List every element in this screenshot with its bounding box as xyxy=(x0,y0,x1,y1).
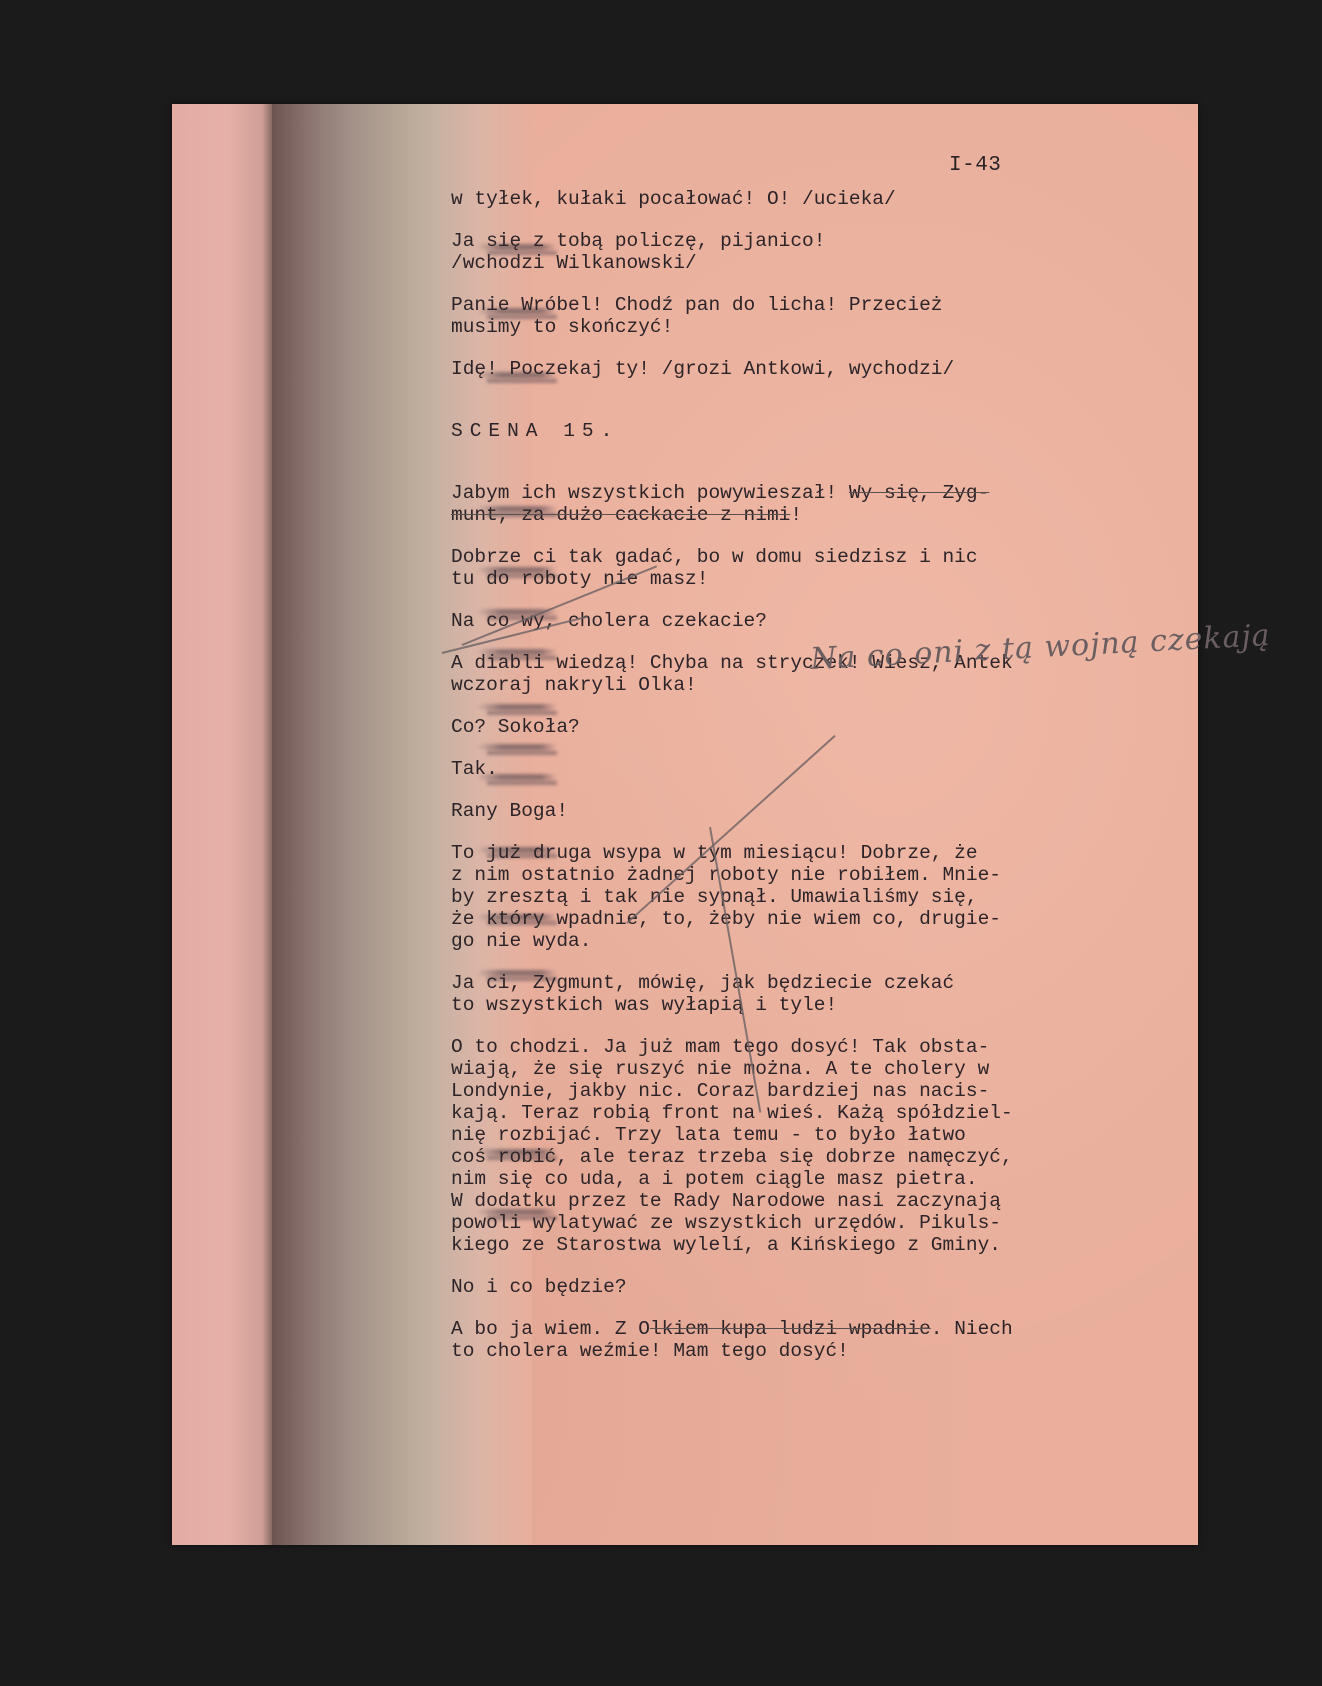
line-gap xyxy=(451,338,1171,358)
line-text: to cholera weźmie! Mam tego dosyć! xyxy=(451,1340,849,1362)
line-text: Idę! Poczekaj ty! /grozi Antkowi, wychod… xyxy=(451,358,954,380)
dialogue-line: To już druga wsypa w tym miesiącu! Dobrz… xyxy=(451,842,1171,864)
line-gap xyxy=(451,526,1171,546)
line-gap xyxy=(451,462,1171,482)
line-gap xyxy=(451,1298,1171,1318)
line-gap xyxy=(451,590,1171,610)
dialogue-line: A bo ja wiem. Z Olkiem kupa ludzi wpadni… xyxy=(451,1318,1171,1340)
page-number: I-43 xyxy=(949,154,1001,177)
dialogue-line: Ja się z tobą policzę, pijanico! xyxy=(451,230,1171,252)
dialogue-line: O to chodzi. Ja już mam tego dosyć! Tak … xyxy=(451,1036,1171,1058)
line-text: nim się co uda, a i potem ciągle masz pi… xyxy=(451,1168,978,1190)
line-text: go nie wyda. xyxy=(451,930,591,952)
line-text: No i co będzie? xyxy=(451,1276,627,1298)
dialogue-line: tu do roboty nie masz! xyxy=(451,568,1171,590)
dialogue-line: munt, za dużo cackacie z nimi! xyxy=(451,504,1171,526)
line-text: powoli wylatywać ze wszystkich urzędów. … xyxy=(451,1212,1001,1234)
line-gap xyxy=(451,210,1171,230)
line-text: Dobrze ci tak gadać, bo w domu siedzisz … xyxy=(451,546,978,568)
line-gap xyxy=(451,780,1171,800)
dialogue-line: nię rozbijać. Trzy lata temu - to było ł… xyxy=(451,1124,1171,1146)
line-text: SCENA 15. xyxy=(451,420,619,442)
line-text: Londynie, jakby nic. Coraz bardziej nas … xyxy=(451,1080,989,1102)
line-gap xyxy=(451,380,1171,400)
line-text: Tak. xyxy=(451,758,498,780)
dialogue-line: powoli wylatywać ze wszystkich urzędów. … xyxy=(451,1212,1171,1234)
dialogue-line: Tak. xyxy=(451,758,1171,780)
dialogue-line: Rany Boga! xyxy=(451,800,1171,822)
dialogue-line: kają. Teraz robią front na wieś. Każą sp… xyxy=(451,1102,1171,1124)
line-text: tu do roboty nie masz! xyxy=(451,568,708,590)
dialogue-line: z nim ostatnio żadnej roboty nie robiłem… xyxy=(451,864,1171,886)
line-text-tail: . Niech xyxy=(931,1318,1013,1340)
line-gap xyxy=(451,400,1171,420)
script-body: w tyłek, kułaki pocałować! O! /ucieka/Ja… xyxy=(451,188,1171,1362)
dialogue-line: nim się co uda, a i potem ciągle masz pi… xyxy=(451,1168,1171,1190)
struck-through-text: munt, za dużo cackacie z nimi xyxy=(451,504,790,526)
dialogue-line: musimy to skończyć! xyxy=(451,316,1171,338)
line-text: kiego ze Starostwa wylelí, a Kińskiego z… xyxy=(451,1234,1001,1256)
dialogue-line: to wszystkich was wyłapią i tyle! xyxy=(451,994,1171,1016)
line-text: nię rozbijać. Trzy lata temu - to było ł… xyxy=(451,1124,966,1146)
line-text: Panie Wróbel! Chodź pan do licha! Przeci… xyxy=(451,294,942,316)
line-text: z nim ostatnio żadnej roboty nie robiłem… xyxy=(451,864,1001,886)
line-text: by zresztą i tak nie sypnął. Umawialiśmy… xyxy=(451,886,978,908)
dialogue-line: w tyłek, kułaki pocałować! O! /ucieka/ xyxy=(451,188,1171,210)
line-text: wiają, że się ruszyć nie można. A te cho… xyxy=(451,1058,989,1080)
dialogue-line: Londynie, jakby nic. Coraz bardziej nas … xyxy=(451,1080,1171,1102)
line-text: coś robić, ale teraz trzeba się dobrze n… xyxy=(451,1146,1013,1168)
dialogue-line: Dobrze ci tak gadać, bo w domu siedzisz … xyxy=(451,546,1171,568)
dialogue-line: Ja ci, Zygmunt, mówię, jak będziecie cze… xyxy=(451,972,1171,994)
line-text: w tyłek, kułaki pocałować! O! /ucieka/ xyxy=(451,188,896,210)
line-text: Ja ci, Zygmunt, mówię, jak będziecie cze… xyxy=(451,972,954,994)
dialogue-line: kiego ze Starostwa wylelí, a Kińskiego z… xyxy=(451,1234,1171,1256)
dialogue-line: wiają, że się ruszyć nie można. A te cho… xyxy=(451,1058,1171,1080)
line-text-tail: ! xyxy=(790,504,802,526)
struck-through-text: lkiem kupa ludzi wpadnie xyxy=(650,1318,931,1340)
dialogue-line: No i co będzie? xyxy=(451,1276,1171,1298)
line-text: W dodatku przez te Rady Narodowe nasi za… xyxy=(451,1190,1001,1212)
dialogue-line: wczoraj nakryli Olka! xyxy=(451,674,1171,696)
line-gap xyxy=(451,696,1171,716)
dialogue-line: /wchodzi Wilkanowski/ xyxy=(451,252,1171,274)
scene-heading: SCENA 15. xyxy=(451,420,1171,442)
line-gap xyxy=(451,1016,1171,1036)
line-text: musimy to skończyć! xyxy=(451,316,673,338)
line-text: O to chodzi. Ja już mam tego dosyć! Tak … xyxy=(451,1036,989,1058)
line-text: wczoraj nakryli Olka! xyxy=(451,674,697,696)
line-text: A bo ja wiem. Z O xyxy=(451,1318,650,1340)
dialogue-line: W dodatku przez te Rady Narodowe nasi za… xyxy=(451,1190,1171,1212)
dialogue-line: że który wpadnie, to, żeby nie wiem co, … xyxy=(451,908,1171,930)
dialogue-line: Panie Wróbel! Chodź pan do licha! Przeci… xyxy=(451,294,1171,316)
line-gap xyxy=(451,822,1171,842)
line-text: /wchodzi Wilkanowski/ xyxy=(451,252,697,274)
line-text: kają. Teraz robią front na wieś. Każą sp… xyxy=(451,1102,1013,1124)
page-fold-edge xyxy=(172,104,272,1545)
dialogue-line: by zresztą i tak nie sypnął. Umawialiśmy… xyxy=(451,886,1171,908)
dialogue-line: coś robić, ale teraz trzeba się dobrze n… xyxy=(451,1146,1171,1168)
struck-through-text: Wy się, Zyg- xyxy=(849,482,989,504)
line-gap xyxy=(451,1256,1171,1276)
line-text: Rany Boga! xyxy=(451,800,568,822)
dialogue-line: Idę! Poczekaj ty! /grozi Antkowi, wychod… xyxy=(451,358,1171,380)
dialogue-line: Co? Sokoła? xyxy=(451,716,1171,738)
typescript-page: I-43 w tyłek, kułaki pocałować! O! /ucie… xyxy=(172,104,1198,1545)
line-text: Ja się z tobą policzę, pijanico! xyxy=(451,230,825,252)
line-gap xyxy=(451,952,1171,972)
dialogue-line: Jabym ich wszystkich powywieszał! Wy się… xyxy=(451,482,1171,504)
dialogue-line: go nie wyda. xyxy=(451,930,1171,952)
line-text: Jabym ich wszystkich powywieszał! xyxy=(451,482,849,504)
line-text: Co? Sokoła? xyxy=(451,716,580,738)
line-gap xyxy=(451,274,1171,294)
dialogue-line: to cholera weźmie! Mam tego dosyć! xyxy=(451,1340,1171,1362)
line-text: to wszystkich was wyłapią i tyle! xyxy=(451,994,837,1016)
line-gap xyxy=(451,442,1171,462)
